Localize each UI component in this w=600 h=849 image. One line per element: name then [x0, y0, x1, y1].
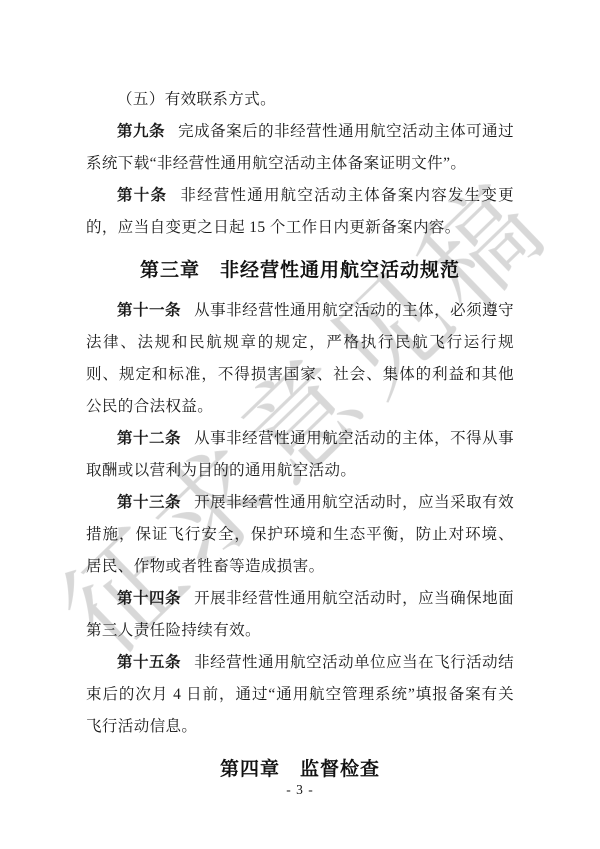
page-number: - 3 -: [0, 782, 600, 798]
clause-text: （五）有效联系方式。: [117, 91, 276, 108]
clause-10-paragraph: 第十条非经营性通用航空活动主体备案内容发生变更的，应当自变更之日起 15 个工作…: [86, 180, 514, 244]
clause-12-paragraph: 第十二条从事非经营性通用航空活动的主体，不得从事取酬或以营利为目的的通用航空活动…: [86, 423, 514, 487]
clause-number: 第十一条: [117, 302, 181, 319]
clause-number: 第十三条: [117, 494, 181, 511]
chapter-4-heading: 第四章 监督检查: [86, 755, 514, 785]
clause-14-paragraph: 第十四条开展非经营性通用航空活动时，应当确保地面第三人责任险持续有效。: [86, 583, 514, 647]
document-page: 征求意见稿 （五）有效联系方式。 第九条完成备案后的非经营性通用航空活动主体可通…: [0, 0, 600, 849]
clause-13-paragraph: 第十三条开展非经营性通用航空活动时，应当采取有效措施，保证飞行安全，保护环境和生…: [86, 487, 514, 583]
clause-number: 第十二条: [117, 430, 181, 447]
clause-number: 第十条: [117, 187, 167, 204]
clause-11-paragraph: 第十一条从事非经营性通用航空活动的主体，必须遵守法律、法规和民航规章的规定，严格…: [86, 295, 514, 423]
chapter-3-heading: 第三章 非经营性通用航空活动规范: [86, 256, 514, 286]
list-item-5: （五）有效联系方式。: [86, 84, 514, 116]
document-body: （五）有效联系方式。 第九条完成备案后的非经营性通用航空活动主体可通过系统下载“…: [0, 0, 600, 785]
clause-number: 第九条: [117, 123, 165, 140]
clause-number: 第十四条: [117, 590, 181, 607]
clause-15-paragraph: 第十五条非经营性通用航空活动单位应当在飞行活动结束后的次月 4 日前，通过“通用…: [86, 647, 514, 743]
clause-number: 第十五条: [117, 654, 181, 671]
clause-9-paragraph: 第九条完成备案后的非经营性通用航空活动主体可通过系统下载“非经营性通用航空活动主…: [86, 116, 514, 180]
